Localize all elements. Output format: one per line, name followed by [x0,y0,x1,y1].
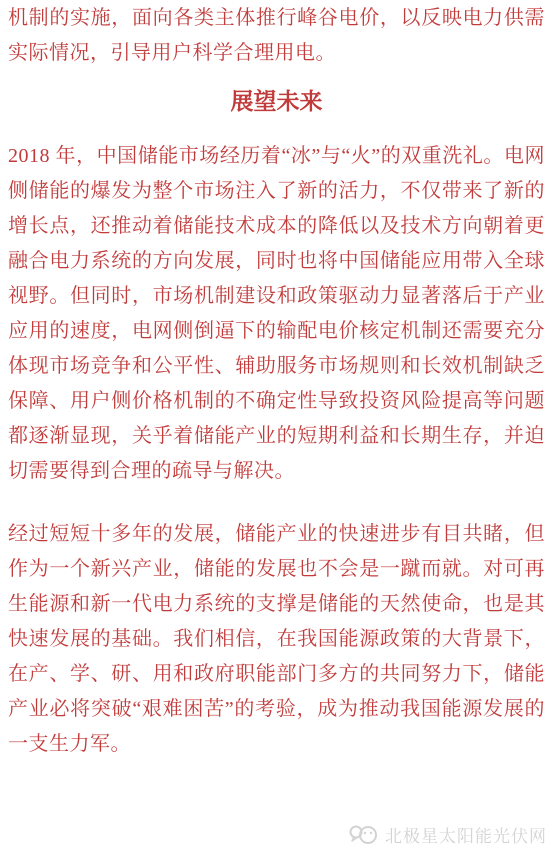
paragraph-intro: 机制的实施，面向各类主体推行峰谷电价，以反映电力供需实际情况，引导用户科学合理用… [8,1,545,71]
watermark: 北极星太阳能光伏网 [348,822,547,847]
watermark-label: 北极星太阳能光伏网 [385,822,547,847]
polaris-logo-icon [348,823,380,847]
paragraph-outlook-2: 经过短短十多年的发展，储能产业的快速进步有目共睹，但作为一个新兴产业，储能的发展… [8,517,545,762]
paragraph-outlook-1: 2018 年，中国储能市场经历着“冰”与“火”的双重洗礼。电网侧储能的爆发为整个… [8,139,545,489]
section-heading: 展望未来 [8,87,545,117]
document-page: 机制的实施，面向各类主体推行峰谷电价，以反映电力供需实际情况，引导用户科学合理用… [0,0,555,852]
